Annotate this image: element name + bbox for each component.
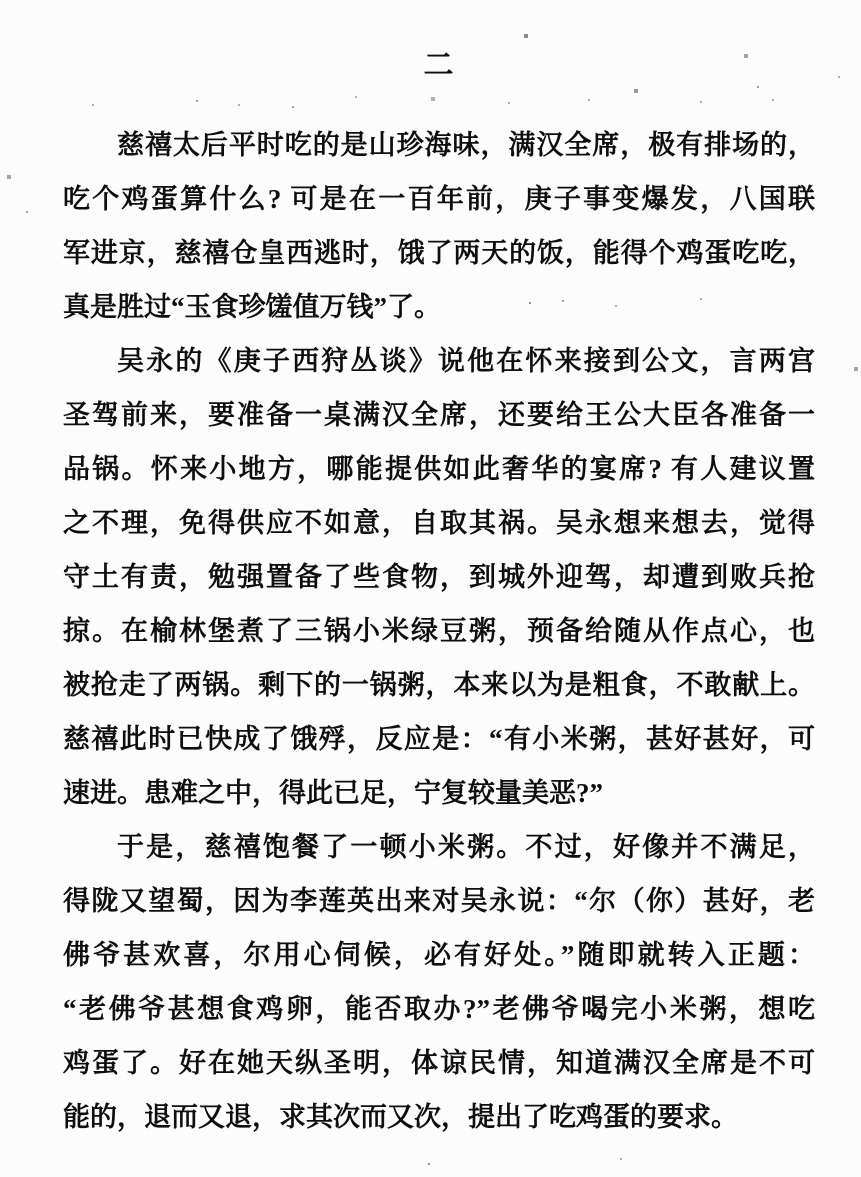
scan-noise: [0, 0, 2, 2]
text-line: 吴永的《庚子西狩丛谈》说他在怀来接到公文，言两宫: [63, 334, 815, 388]
paragraph: 于是，慈禧饱餐了一顿小米粥。不过，好像并不满足，得陇又望蜀，因为李莲英出来对吴永…: [63, 820, 815, 1144]
text-line: 能的，退而又退，求其次而又次，提出了吃鸡蛋的要求。: [63, 1090, 815, 1144]
text-block: 慈禧太后平时吃的是山珍海味，满汉全席，极有排场的，吃个鸡蛋算什么? 可是在一百年…: [63, 118, 815, 1144]
text-line: “老佛爷甚想食鸡卵，能否取办?”老佛爷喝完小米粥，想吃: [63, 982, 815, 1036]
text-line: 吃个鸡蛋算什么? 可是在一百年前，庚子事变爆发，八国联: [63, 172, 815, 226]
text-line: 速进。患难之中，得此已足，宁复较量美恶?”: [63, 766, 815, 820]
text-line: 鸡蛋了。好在她天纵圣明，体谅民情，知道满汉全席是不可: [63, 1036, 815, 1090]
text-line: 掠。在榆林堡煮了三锅小米绿豆粥，预备给随从作点心，也: [63, 604, 815, 658]
text-line: 慈禧此时已快成了饿殍，反应是：“有小米粥，甚好甚好，可: [63, 712, 815, 766]
paragraph: 慈禧太后平时吃的是山珍海味，满汉全席，极有排场的，吃个鸡蛋算什么? 可是在一百年…: [63, 118, 815, 334]
paragraph: 吴永的《庚子西狩丛谈》说他在怀来接到公文，言两宫圣驾前来，要准备一桌满汉全席，还…: [63, 334, 815, 820]
text-line: 圣驾前来，要准备一桌满汉全席，还要给王公大臣各准备一: [63, 388, 815, 442]
text-line: 得陇又望蜀，因为李莲英出来对吴永说：“尔（你）甚好，老: [63, 874, 815, 928]
text-line: 于是，慈禧饱餐了一顿小米粥。不过，好像并不满足，: [63, 820, 815, 874]
text-line: 被抢走了两锅。剩下的一锅粥，本来以为是粗食，不敢献上。: [63, 658, 815, 712]
text-line: 军进京，慈禧仓皇西逃时，饿了两天的饭，能得个鸡蛋吃吃，: [63, 226, 815, 280]
book-page: 二 慈禧太后平时吃的是山珍海味，满汉全席，极有排场的，吃个鸡蛋算什么? 可是在一…: [0, 0, 861, 1177]
text-line: 品锅。怀来小地方，哪能提供如此奢华的宴席? 有人建议置: [63, 442, 815, 496]
text-line: 真是胜过“玉食珍馐值万钱”了。: [63, 280, 815, 334]
text-line: 守土有责，勉强置备了些食物，到城外迎驾，却遭到败兵抢: [63, 550, 815, 604]
text-line: 慈禧太后平时吃的是山珍海味，满汉全席，极有排场的，: [63, 118, 815, 172]
text-line: 之不理，免得供应不如意，自取其祸。吴永想来想去，觉得: [63, 496, 815, 550]
chapter-number: 二: [63, 44, 815, 88]
text-line: 佛爷甚欢喜，尔用心伺候，必有好处。”随即就转入正题：: [63, 928, 815, 982]
